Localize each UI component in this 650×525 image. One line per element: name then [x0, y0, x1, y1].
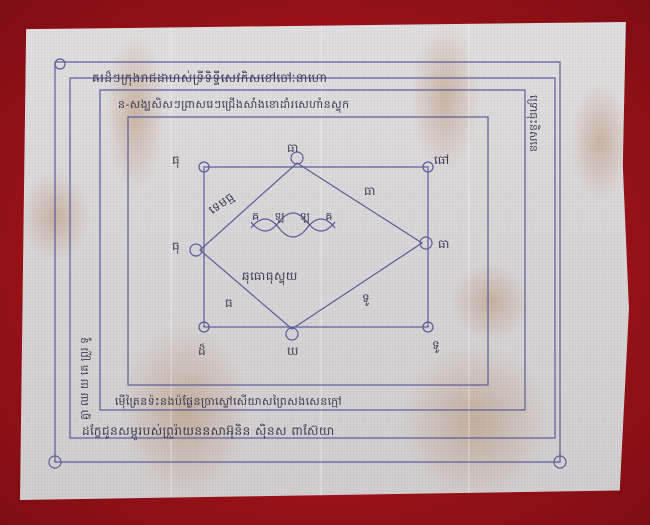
- label-bottom-right: ទូ: [432, 337, 440, 355]
- center-line-text: ឆុធោធុស្ទុយ: [242, 268, 298, 286]
- label-left: ធុ: [172, 238, 180, 256]
- label-diag-lower-right: ទូ: [362, 290, 370, 308]
- label-bottom-left: ដ៏: [198, 343, 206, 361]
- label-diag-upper-right: ធា: [364, 183, 376, 201]
- bottom-inner-text: ម៉ើត្រៃនទ៉ះនងប៉ផ្លែនច្រាស្ទៅសើយាសព្រៃសងស…: [115, 395, 342, 411]
- label-top: ធា: [287, 140, 299, 158]
- label-right: ធា: [438, 236, 450, 254]
- left-vertical-text: គ្នា ឈ យ គេ ព្រួរ ទូ: [78, 337, 94, 420]
- label-bottom: ឃ: [287, 343, 299, 361]
- top-outer-text: ឝរដ៏ៗក្រុងរាជដាហស់ទ្រីទិទ្ទីសេវកិសខៅចៅៈន…: [92, 70, 327, 88]
- label-top-left: ធុ: [172, 152, 180, 170]
- label-diag-lower-left: ធ: [225, 295, 233, 313]
- top-inner-text: ន-សង្ឃសិសៗព្រាសរេៗជ្រើងសាំងខោដាំរសេហាំនស…: [118, 98, 350, 114]
- center-knot-text: ឝ ឡ ឡ ឝ: [252, 210, 338, 226]
- label-top-right: ធៅ: [434, 152, 450, 170]
- bottom-outer-text: ដក្ខែជូនសម្ភូរបស់ព្រួរ៉ាយននសាអ៊ុនិន ស៊ិន…: [82, 423, 335, 441]
- right-vertical-text: ទ្រោធុះនិសនេ: [524, 95, 540, 152]
